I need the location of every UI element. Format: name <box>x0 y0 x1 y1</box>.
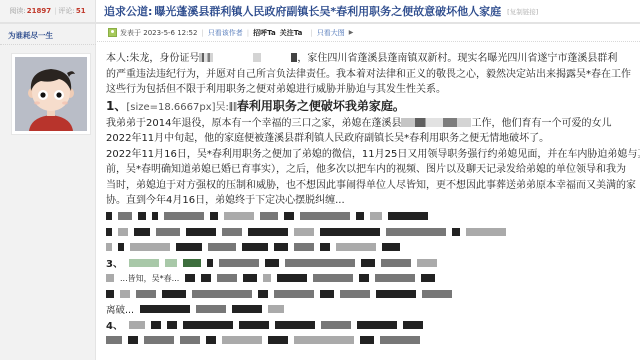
copy-link-button[interactable]: [复制链接] <box>507 7 538 16</box>
read-count: 21897 <box>27 7 51 15</box>
forum-post-page: 阅读: 21897 | 评论: 51 追求公道: 曝光蓬溪县群利镇人民政府副镇长… <box>0 0 640 360</box>
sidebar-divider <box>0 44 96 45</box>
content-line: 2022年11月16日，吴*春利用职务之便加了弟媳的微信，11月25日又用领导职… <box>106 147 640 163</box>
pixelated-line <box>106 224 640 240</box>
section-number: 4、 <box>106 317 123 332</box>
cartoon-boy-avatar-icon <box>15 57 87 131</box>
content-line: 我弟弟于2014年退役，原本有一个幸福的三口之家，弟媳在蓬溪县工作，他们育有一个… <box>106 116 640 132</box>
content-line: 2022年11月中旬起，他的家庭便被蓬溪县群利镇人民政府副镇长吴*春利用职务之便… <box>106 131 640 147</box>
redaction-mask <box>229 102 237 111</box>
content-line: 这些行为包括但不限于利用职务之便对弟媳进行威胁并胁迫与其发生性关系。 <box>106 82 640 98</box>
thread-stats: 阅读: 21897 | 评论: 51 <box>0 0 96 22</box>
post-timestamp: 2023-5-6 12:52 <box>143 29 197 37</box>
follow-button[interactable]: 关注Ta <box>280 28 303 38</box>
view-large-images-link[interactable]: 只看大图 <box>317 28 345 38</box>
thread-title-bar: 追求公道: 曝光蓬溪县群利镇人民政府副镇长吴*春利用职务之便故意破坏他人家庭 [… <box>96 0 640 22</box>
section-heading: 1、[size=18.6667px]吴:春利用职务之便破坏我弟家庭。 <box>106 98 640 116</box>
pixelated-line <box>106 286 640 302</box>
redaction-mask <box>401 118 471 127</box>
content-text: 工作，他们育有一个可爱的女儿 <box>471 118 611 129</box>
only-author-link[interactable]: 只看该作者 <box>208 28 243 38</box>
post-meta-bar: 发表于 2023-5-6 12:52 | 只看该作者 | 招呼Ta 关注Ta |… <box>97 24 640 42</box>
stats-separator: | <box>54 7 56 15</box>
author-name[interactable]: 为谁耗尽一生 <box>8 30 53 41</box>
online-status-icon <box>108 28 117 37</box>
greet-button[interactable]: 招呼Ta <box>253 28 276 38</box>
content-line: 当时，弟媳迫于对方强权的压制和威胁，也不想因此事闹得单位人尽皆知，更不想因此事葬… <box>106 178 640 194</box>
author-sidebar: 为谁耗尽一生 <box>0 24 96 360</box>
section-number: 3、 <box>106 255 123 270</box>
meta-separator: | <box>310 29 312 37</box>
pixelated-line <box>106 209 640 225</box>
redaction-mask <box>253 53 261 62</box>
pixelated-line: 3、 <box>106 255 640 271</box>
redaction-mask <box>199 53 213 62</box>
avatar[interactable] <box>15 57 87 131</box>
meta-separator: | <box>201 29 203 37</box>
post-content: 本人:朱龙，身份证号，家住四川省蓬溪县蓬南镇双新村。现实名曝光四川省遂宁市蓬溪县… <box>97 42 640 360</box>
pixelated-line: 4、 <box>106 317 640 333</box>
pixelated-line <box>106 333 640 349</box>
comment-count: 51 <box>76 7 86 15</box>
thread-header: 阅读: 21897 | 评论: 51 追求公道: 曝光蓬溪县群利镇人民政府副镇长… <box>0 0 640 22</box>
thread-title: 曝光蓬溪县群利镇人民政府副镇长吴*春利用职务之便故意破坏他人家庭 <box>154 3 501 19</box>
content-text: 离破... <box>106 302 134 316</box>
redaction-mask <box>291 53 297 62</box>
comment-label: 评论: <box>58 6 74 16</box>
posted-prefix: 发表于 <box>120 28 141 38</box>
pixelated-line: ...皆知，吴*春... <box>106 271 640 287</box>
read-label: 阅读: <box>9 6 25 16</box>
section-title: 春利用职务之便破坏我弟家庭。 <box>237 99 405 113</box>
meta-separator: | <box>247 29 249 37</box>
content-line: 的严重违法违纪行为，并愿对自己所言负法律责任。我本着对法律和正义的敬畏之心，毅然… <box>106 67 640 83</box>
content-text: 本人:朱龙，身份证号 <box>106 53 199 64</box>
thread-category[interactable]: 追求公道: <box>104 3 152 19</box>
pixelated-line: 离破... <box>106 302 640 318</box>
content-line: 协。直到今年4月16日，弟媳终于下定决心摆脱纠缠... <box>106 193 640 209</box>
content-text: 我弟弟于2014年退役，原本有一个幸福的三口之家，弟媳在蓬溪县 <box>106 118 401 129</box>
content-line: 前，吴*春明确知道弟媳已婚已育事实），之后，他多次以把车内的视频、图片以及聊天记… <box>106 162 640 178</box>
pixelated-line <box>106 240 640 256</box>
content-text: ...皆知，吴*春... <box>120 273 179 284</box>
caret-right-icon[interactable]: ▶ <box>349 29 354 36</box>
content-line: 本人:朱龙，身份证号，家住四川省蓬溪县蓬南镇双新村。现实名曝光四川省遂宁市蓬溪县… <box>106 51 640 67</box>
avatar-frame[interactable] <box>11 53 91 135</box>
section-number: 1、 <box>106 99 126 113</box>
content-text: ，家住四川省蓬溪县蓬南镇双新村。现实名曝光四川省遂宁市蓬溪县群利 <box>297 53 617 64</box>
bbcode-tag-text: [size=18.6667px]吴: <box>126 102 229 113</box>
